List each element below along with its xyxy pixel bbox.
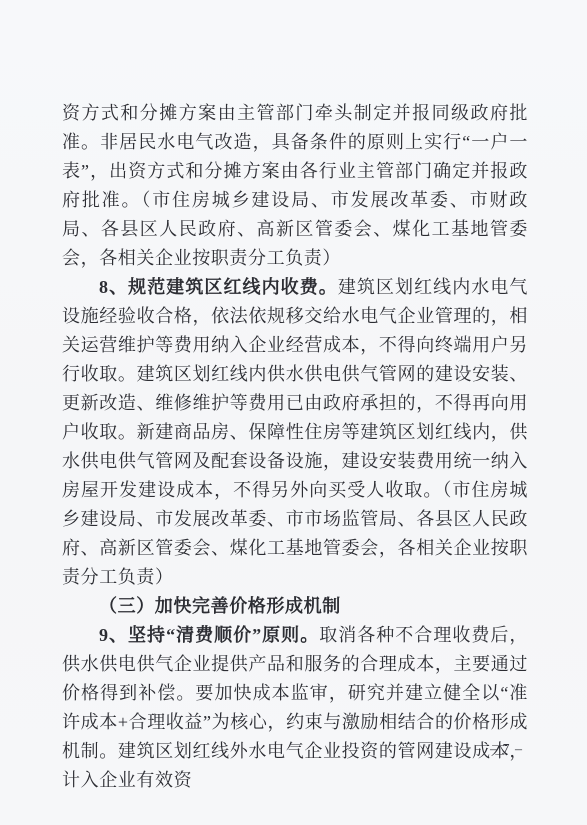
heading-section-3: （三）加快完善价格形成机制 [62,592,528,621]
text-run: 建筑区划红线内水电气设施经验收合格，依法依规移交给水电气企业管理的，相关运营维护… [62,277,528,587]
emphasis-run: 9、坚持“清费顺价”原则。 [99,625,319,645]
text-run: 取消各种不合理收费后，供水供电供气企业提供产品和服务的合理成本，主要通过价格得到… [62,625,528,790]
emphasis-run: （三）加快完善价格形成机制 [99,596,341,616]
paragraph-item-9: 9、坚持“清费顺价”原则。取消各种不合理收费后，供水供电供气企业提供产品和服务的… [62,621,528,795]
document-page: 资方式和分摊方案由主管部门牵头制定并报同级政府批准。非居民水电气改造，具备条件的… [0,0,587,825]
paragraph-continuation: 资方式和分摊方案由主管部门牵头制定并报同级政府批准。非居民水电气改造，具备条件的… [62,99,528,273]
document-body: 资方式和分摊方案由主管部门牵头制定并报同级政府批准。非居民水电气改造，具备条件的… [62,99,528,795]
emphasis-run: 8、规范建筑区红线内收费。 [99,277,338,297]
paragraph-item-8: 8、规范建筑区红线内收费。建筑区划红线内水电气设施经验收合格，依法依规移交给水电… [62,273,528,592]
page-number: – 7 – [490,741,523,759]
text-run: 资方式和分摊方案由主管部门牵头制定并报同级政府批准。非居民水电气改造，具备条件的… [62,103,528,268]
